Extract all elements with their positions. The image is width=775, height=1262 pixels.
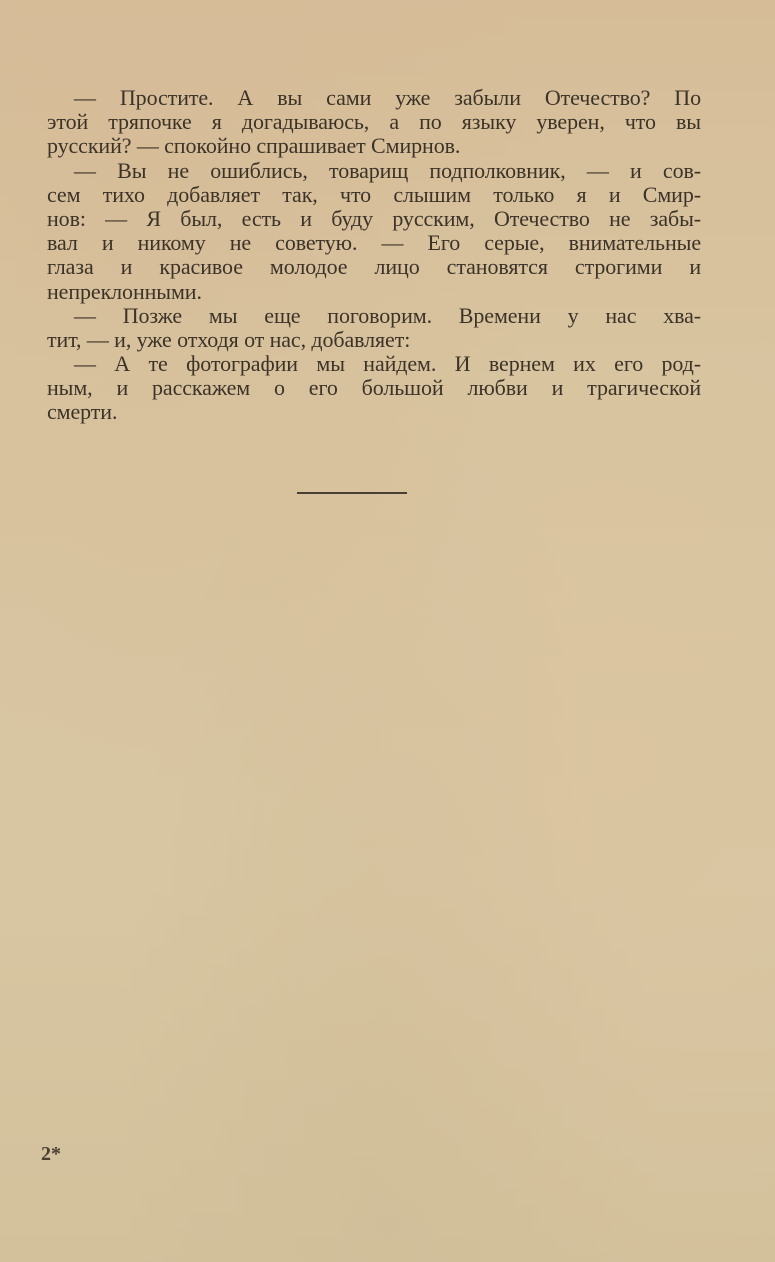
body-text: — Простите. А вы сами уже забыли Отечест… [47, 86, 701, 425]
text-line: вал и никому не советую. — Его серые, вн… [47, 231, 701, 255]
text-line: смерти. [47, 400, 701, 424]
printer-signature-mark: 2* [41, 1143, 61, 1166]
text-line: этой тряпочке я догадываюсь, а по языку … [47, 110, 701, 134]
text-line: — Позже мы еще поговорим. Времени у нас … [47, 304, 701, 328]
text-line: — Простите. А вы сами уже забыли Отечест… [47, 86, 701, 110]
book-page: — Простите. А вы сами уже забыли Отечест… [0, 0, 775, 1262]
text-line: — Вы не ошиблись, товарищ подполковник, … [47, 159, 701, 183]
section-end-rule [297, 492, 407, 494]
text-line: нов: — Я был, есть и буду русским, Отече… [47, 207, 701, 231]
text-line: русский? — спокойно спрашивает Смирнов. [47, 134, 701, 158]
text-line: — А те фотографии мы найдем. И вернем их… [47, 352, 701, 376]
text-line: тит, — и, уже отходя от нас, добавляет: [47, 328, 701, 352]
text-line: глаза и красивое молодое лицо становятся… [47, 255, 701, 279]
text-line: сем тихо добавляет так, что слышим тольк… [47, 183, 701, 207]
text-line: ным, и расскажем о его большой любви и т… [47, 376, 701, 400]
text-line: непреклонными. [47, 280, 701, 304]
